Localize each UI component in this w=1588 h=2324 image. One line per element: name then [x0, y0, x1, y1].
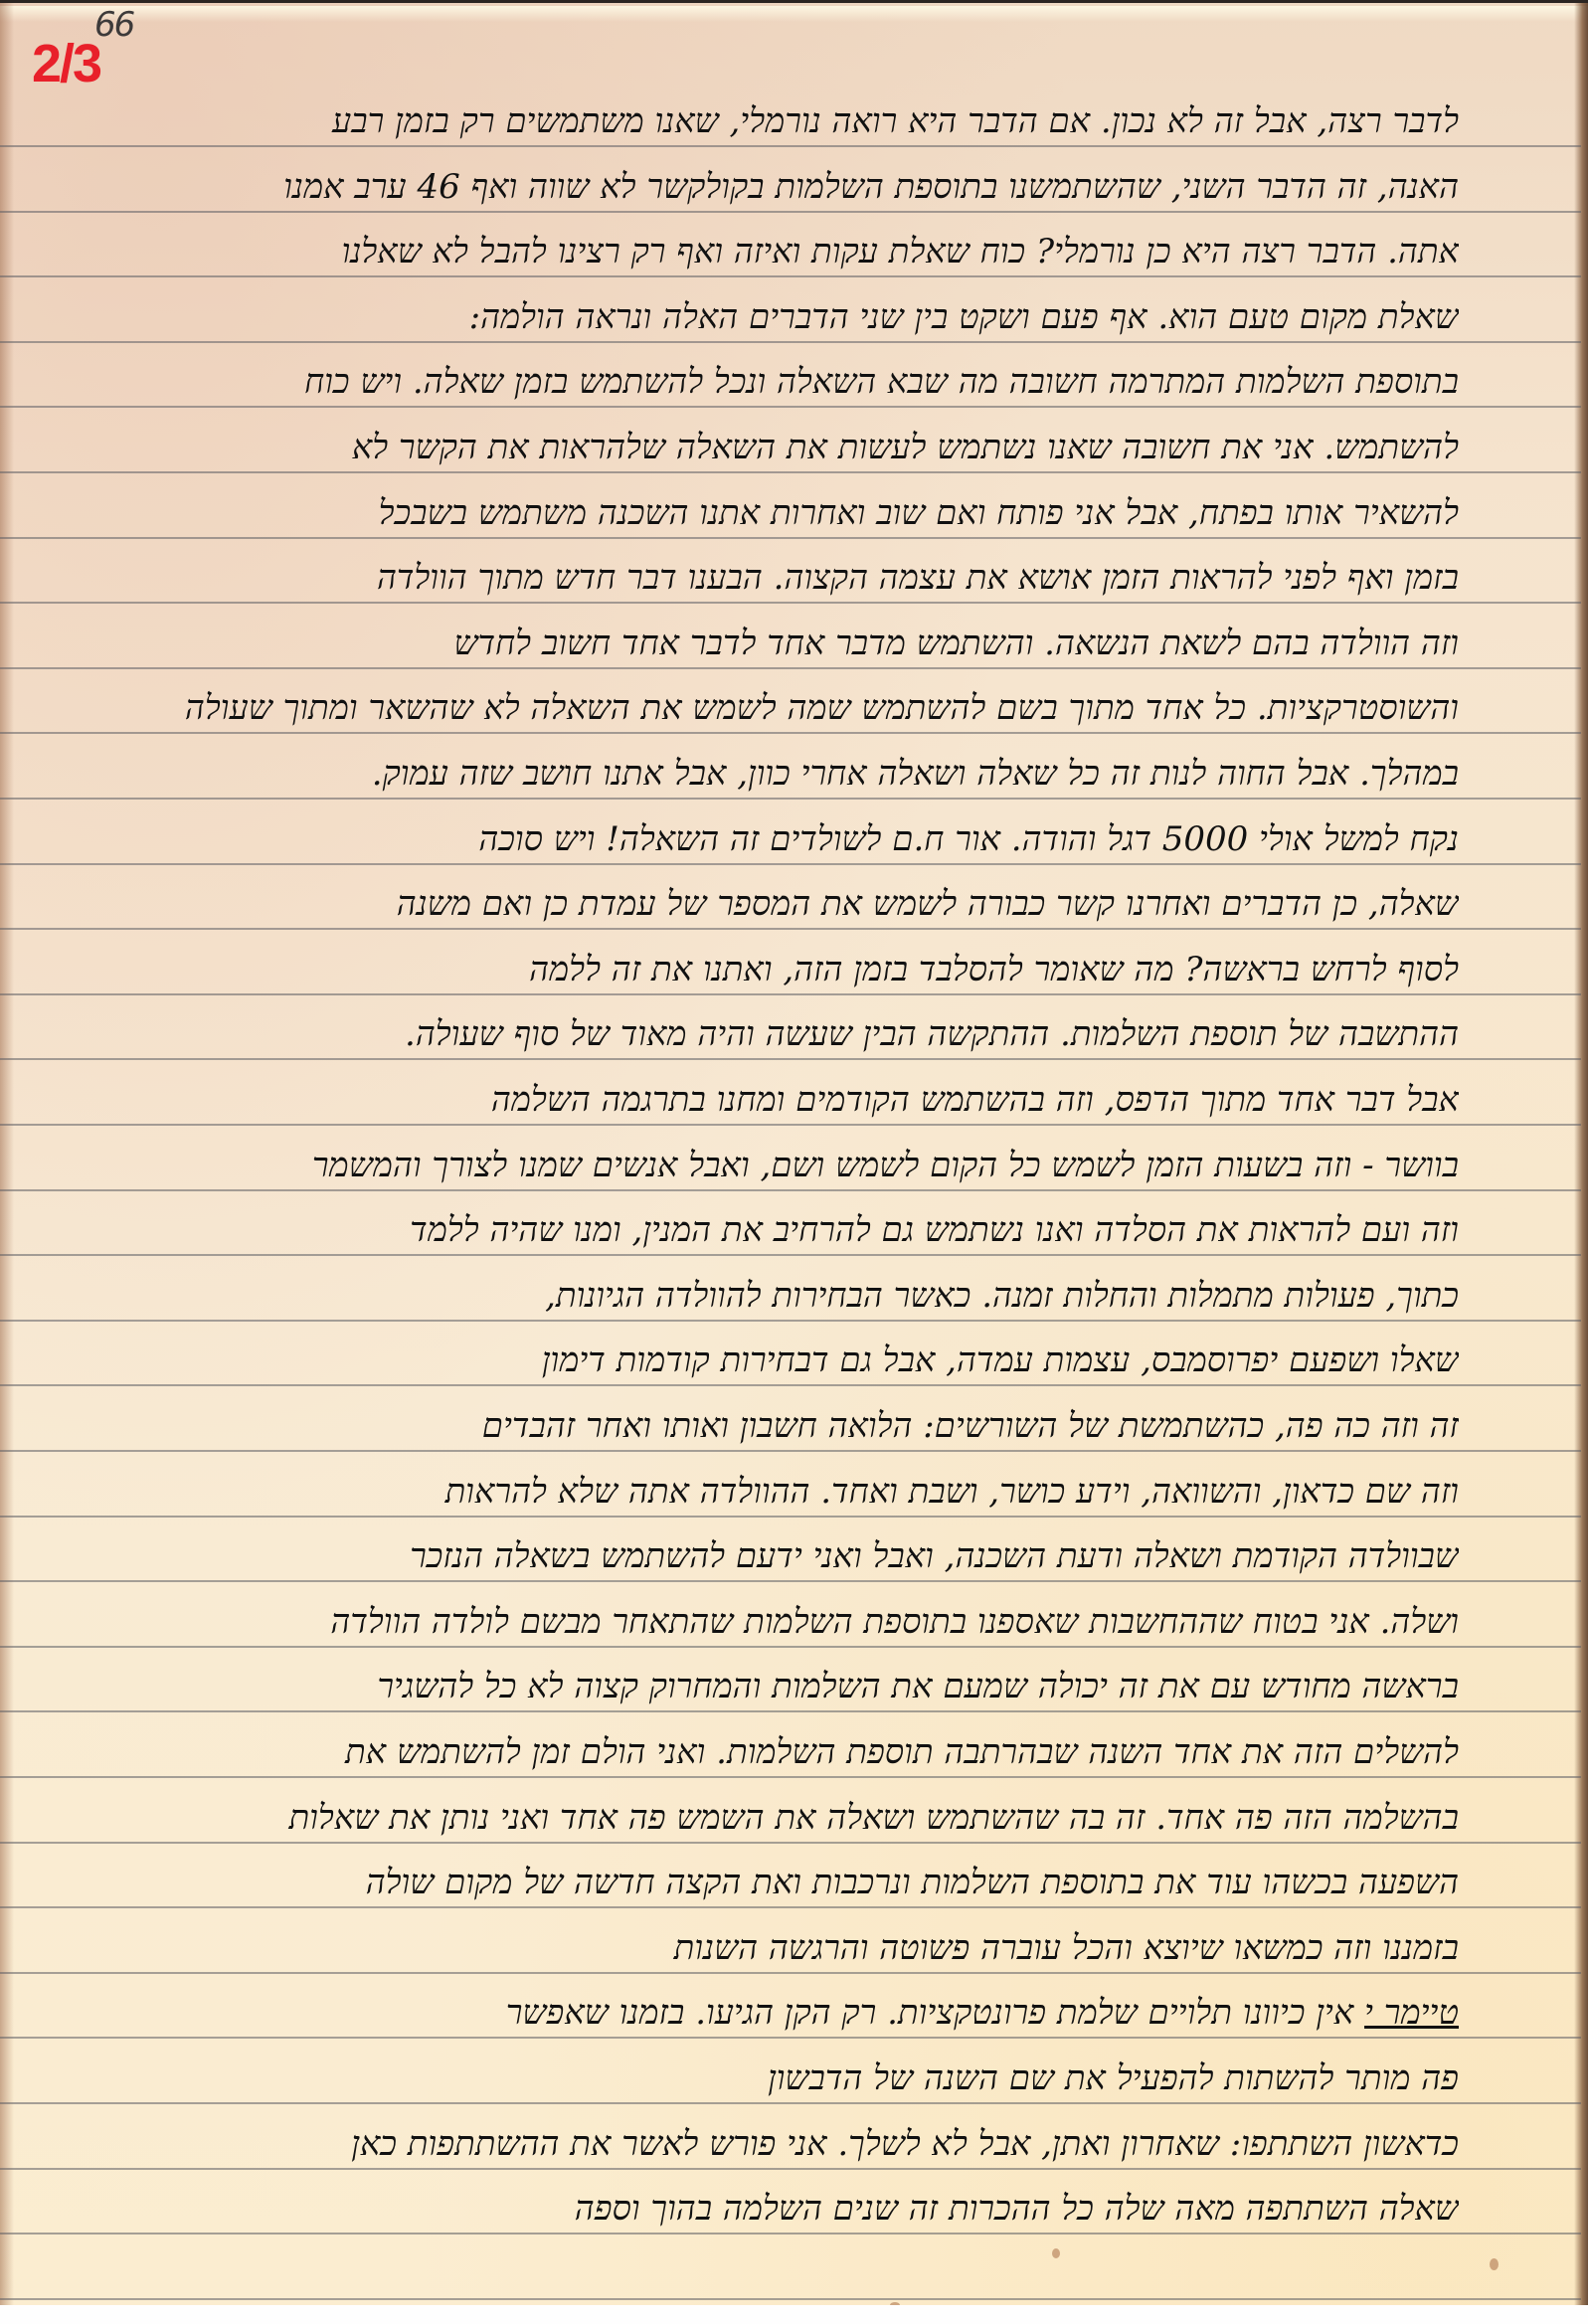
handwritten-line: בהשלמה הזה פה אחד. זה בה שהשתמש ושאלה את… [60, 1798, 1459, 1838]
handwritten-line: להשאיר אותו בפתח, אבל אני פותח ואם שוב ו… [60, 493, 1459, 533]
ruled-line [0, 1450, 1581, 1452]
handwritten-line: ושלה. אני בטוח שההחשבות שאספנו בתוספת הש… [60, 1602, 1459, 1642]
handwritten-line: בזמננו וזה כמשאו שיוצא והכל עוברה פשוטה … [557, 1928, 1459, 1968]
line-text: האנה, זה הדבר השני, שהשתמשנו בתוספת השלמ… [283, 167, 1459, 207]
line-text: והשוסטרקציות. כל אחד מתוך בשם להשתמש שמה… [185, 688, 1459, 728]
handwritten-line: בראשה מחודש עם את זה יכולה שמעם את השלמו… [60, 1667, 1459, 1706]
line-text: וזה ועם להראות את הסלדה ואנו נשתמש גם לה… [410, 1210, 1459, 1250]
handwritten-line: להשלים הזה את אחד השנה שבהרתבה תוספת השל… [60, 1732, 1459, 1772]
ruled-line [0, 341, 1581, 343]
line-text: ושלה. אני בטוח שההחשבות שאספנו בתוספת הש… [330, 1602, 1459, 1642]
right-page-edge-shadow [1574, 3, 1588, 2305]
handwritten-line: בוושר - וזה בשעות הזמן לשמש כל הקום לשמש… [60, 1146, 1459, 1185]
ruled-line [0, 406, 1581, 408]
ruled-line [0, 2102, 1581, 2104]
line-text: וזה שם כדאון, והשוואה, וידע כושר, ושבת ו… [445, 1472, 1459, 1512]
handwritten-line: להשתמש. אני את חשובה שאנו נשתמש לעשות את… [60, 428, 1459, 467]
ruled-line [0, 732, 1581, 734]
handwritten-line: במהלך. אבל החוה לנות זה כל שאלה ושאלה אח… [60, 754, 1459, 794]
ruled-line [0, 1776, 1581, 1778]
ruled-line [0, 993, 1581, 995]
line-text: אתה. הדבר רצה היא כן נורמלי? כוח שאלת עק… [342, 232, 1459, 271]
ruled-line [0, 602, 1581, 604]
handwritten-line: שאלו ושפעם יפרוסמבס, עצמות עמדה, אבל גם … [60, 1341, 1459, 1380]
ruled-line [0, 1842, 1581, 1844]
handwritten-line: והשוסטרקציות. כל אחד מתוך בשם להשתמש שמה… [60, 688, 1459, 728]
line-text: נקח למשל אולי 5000 דגל והודה. אור ח.ם לש… [478, 819, 1459, 859]
handwritten-line: בתוספת השלמות המתרמה חשובה מה שבא השאלה … [60, 362, 1459, 402]
ruled-line [0, 2233, 1581, 2235]
ink-stain [1052, 2248, 1060, 2258]
handwritten-line: וזה שם כדאון, והשוואה, וידע כושר, ושבת ו… [60, 1472, 1459, 1512]
ruled-line [0, 145, 1581, 147]
ink-stain [1490, 2258, 1499, 2270]
ruled-line [0, 1320, 1581, 1322]
ruled-line [0, 1972, 1581, 1974]
line-text: בזמן ואף לפני להראות הזמן אושא את עצמה ה… [377, 558, 1459, 598]
line-text: בראשה מחודש עם את זה יכולה שמעם את השלמו… [377, 1667, 1459, 1706]
line-text: במהלך. אבל החוה לנות זה כל שאלה ושאלה אח… [372, 754, 1459, 794]
line-text: שאלת מקום טעם הוא. אף פעם ושקט בין שני ה… [469, 297, 1459, 337]
handwritten-line: וזה הוולדה בהם לשאת הנשאה. והשתמש מדבר א… [60, 624, 1459, 663]
handwritten-line: פה מותר להשתות להפעיל את שם השנה של הדבש… [577, 2058, 1459, 2098]
notebook-page: 66 2/3 לדבר רצה, אבל זה לא נכון. אם הדבר… [0, 0, 1588, 2305]
line-text: השפעה בכשהו עוד את בתוספת השלמות ונרכבות… [366, 1863, 1459, 1902]
line-text: בוושר - וזה בשעות הזמן לשמש כל הקום לשמש… [312, 1146, 1459, 1185]
line-text: להשלים הזה את אחד השנה שבהרתבה תוספת השל… [345, 1732, 1459, 1772]
line-text: שאלה, כן הדברים ואחרנו קשר כבורה לשמש את… [397, 884, 1459, 924]
line-text: וזה הוולדה בהם לשאת הנשאה. והשתמש מדבר א… [453, 624, 1459, 663]
handwritten-line: שאלה, כן הדברים ואחרנו קשר כבורה לשמש את… [60, 884, 1459, 924]
line-text: כדאשון השתתפו: שאחרון ואתן, אבל לא לשלך.… [351, 2124, 1459, 2164]
underlined-heading: טיימר י [1364, 1993, 1459, 2033]
handwritten-line: כתוך, פעולות מתמלות והחלות זמנה. כאשר הב… [60, 1276, 1459, 1316]
line-text: ההתשבה של תוספת השלמות. ההתקשה הבין שעשה… [405, 1014, 1459, 1054]
ruled-line [0, 1254, 1581, 1256]
handwritten-line: נקח למשל אולי 5000 דגל והודה. אור ח.ם לש… [60, 819, 1459, 859]
line-text: אין כיוונו תלויים שלמת פרונטקציות. רק הק… [506, 1993, 1354, 2033]
line-text: שבוולדה הקודמת ושאלה ודעת השכנה, ואבל וא… [410, 1536, 1459, 1576]
handwritten-line: האנה, זה הדבר השני, שהשתמשנו בתוספת השלמ… [60, 167, 1459, 207]
ruled-line [0, 1580, 1581, 1582]
handwritten-line: כדאשון השתתפו: שאחרון ואתן, אבל לא לשלך.… [60, 2124, 1459, 2164]
line-text: לסוף לרחש בראשה? מה שאומר להסלבד בזמן הז… [529, 950, 1459, 989]
handwritten-line: שאלת מקום טעם הוא. אף פעם ושקט בין שני ה… [60, 297, 1459, 337]
ruled-line [0, 1646, 1581, 1648]
line-text: שאלו ושפעם יפרוסמבס, עצמות עמדה, אבל גם … [542, 1341, 1459, 1380]
top-glare [0, 6, 1588, 22]
ruled-line [0, 667, 1581, 669]
ruled-line [0, 1189, 1581, 1191]
ruled-line [0, 2037, 1581, 2039]
ruled-line [0, 275, 1581, 277]
ruled-line [0, 1710, 1581, 1712]
handwritten-line: שאלה השתתפה מאה שלה כל ההכרות זה שנים הש… [179, 2189, 1459, 2229]
handwritten-line: לדבר רצה, אבל זה לא נכון. אם הדבר היא רו… [60, 101, 1459, 141]
handwritten-line: שבוולדה הקודמת ושאלה ודעת השכנה, ואבל וא… [60, 1536, 1459, 1576]
ruled-line [0, 928, 1581, 930]
ruled-line [0, 2168, 1581, 2170]
ruled-line [0, 471, 1581, 473]
handwritten-line: ההתשבה של תוספת השלמות. ההתקשה הבין שעשה… [60, 1014, 1459, 1054]
line-text: לדבר רצה, אבל זה לא נכון. אם הדבר היא רו… [332, 101, 1459, 141]
ruled-line [0, 1516, 1581, 1518]
ruled-line [0, 537, 1581, 539]
left-page-edge [0, 3, 14, 2305]
ruled-line [0, 863, 1581, 865]
ruled-line [0, 1906, 1581, 1908]
line-text: זה וזה כה פה, כהשתמשת של השורשים: הלואה … [482, 1406, 1459, 1446]
line-text: כתוך, פעולות מתמלות והחלות זמנה. כאשר הב… [545, 1276, 1459, 1316]
line-text: להשתמש. אני את חשובה שאנו נשתמש לעשות את… [352, 428, 1459, 467]
line-text: בזמננו וזה כמשאו שיוצא והכל עוברה פשוטה … [674, 1928, 1459, 1968]
handwritten-line: וזה ועם להראות את הסלדה ואנו נשתמש גם לה… [60, 1210, 1459, 1250]
line-text: אבל דבר אחד מתוך הדפס, וזה בהשתמש הקודמי… [491, 1080, 1459, 1120]
ruled-line [0, 1058, 1581, 1060]
bottom-margin [0, 2305, 1588, 2324]
ruled-line [0, 1124, 1581, 1126]
handwritten-line: לסוף לרחש בראשה? מה שאומר להסלבד בזמן הז… [60, 950, 1459, 989]
handwritten-line: השפעה בכשהו עוד את בתוספת השלמות ונרכבות… [60, 1863, 1459, 1902]
ruled-line [0, 1384, 1581, 1386]
part-label: 2/3 [32, 37, 100, 90]
line-text: בהשלמה הזה פה אחד. זה בה שהשתמש ושאלה את… [288, 1798, 1459, 1838]
ruled-line [0, 798, 1581, 800]
handwritten-line: טיימר י אין כיוונו תלויים שלמת פרונטקציו… [60, 1993, 1459, 2033]
ruled-line [0, 211, 1581, 213]
handwritten-line: אתה. הדבר רצה היא כן נורמלי? כוח שאלת עק… [60, 232, 1459, 271]
line-text: שאלה השתתפה מאה שלה כל ההכרות זה שנים הש… [575, 2189, 1459, 2229]
handwritten-line: בזמן ואף לפני להראות הזמן אושא את עצמה ה… [60, 558, 1459, 598]
handwritten-line: זה וזה כה פה, כהשתמשת של השורשים: הלואה … [60, 1406, 1459, 1446]
line-text: להשאיר אותו בפתח, אבל אני פותח ואם שוב ו… [379, 493, 1459, 533]
line-text: פה מותר להשתות להפעיל את שם השנה של הדבש… [768, 2058, 1459, 2098]
handwritten-line: אבל דבר אחד מתוך הדפס, וזה בהשתמש הקודמי… [60, 1080, 1459, 1120]
ruled-line [0, 2298, 1581, 2300]
line-text: בתוספת השלמות המתרמה חשובה מה שבא השאלה … [304, 362, 1459, 402]
